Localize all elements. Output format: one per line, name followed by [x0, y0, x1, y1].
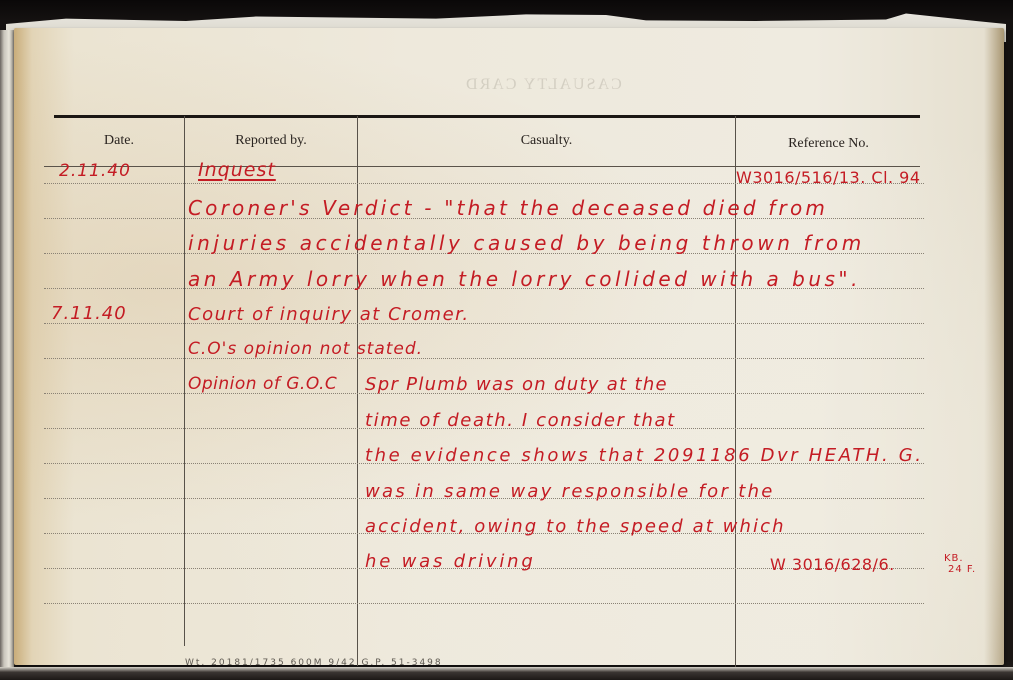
ruled-line: [44, 323, 924, 324]
ruled-line: [44, 603, 924, 604]
handwritten-line: the evidence shows that 2091186 Dvr HEAT…: [365, 445, 924, 466]
casualty-card: CASUALTY CARD Date. Reported by. Casualt…: [14, 28, 1004, 665]
column-header-date: Date.: [54, 133, 184, 149]
handwritten-line: accident, owing to the speed at which: [365, 516, 786, 537]
gov-opinion-label: Opinion of G.O.C: [188, 374, 337, 394]
entry-date: 7.11.40: [51, 303, 127, 324]
handwritten-line: he was driving: [365, 551, 536, 572]
card-stack-edge: [0, 30, 14, 670]
inquest-heading: Inquest: [198, 159, 276, 181]
date-annotation: 24 F.: [948, 565, 976, 575]
handwritten-line: Spr Plumb was on duty at the: [365, 374, 668, 395]
handwritten-line: time of death. I consider that: [365, 410, 676, 431]
scan-bottom-edge: [0, 667, 1013, 680]
show-through-title: CASUALTY CARD: [464, 76, 622, 94]
column-divider: [184, 116, 185, 646]
handwritten-line: Court of inquiry at Cromer.: [188, 304, 470, 325]
ruled-line: [44, 358, 924, 359]
initials-annotation: KB.: [944, 554, 964, 564]
column-header-reference-no: Reference No.: [736, 136, 921, 152]
handwritten-line: was in same way responsible for the: [365, 481, 775, 502]
handwritten-line: Coroner's Verdict - "that the deceased d…: [188, 196, 828, 220]
handwritten-line: an Army lorry when the lorry collided wi…: [188, 267, 861, 291]
handwritten-line: C.O's opinion not stated.: [188, 339, 423, 359]
header-rule: [44, 166, 920, 167]
column-header-casualty: Casualty.: [358, 133, 735, 149]
entry-date: 2.11.40: [59, 161, 131, 181]
reference-number: W 3016/628/6.: [770, 555, 895, 574]
column-header-reported-by: Reported by.: [185, 133, 357, 149]
handwritten-line: injuries accidentally caused by being th…: [188, 231, 865, 255]
reference-number: W3016/516/13. Cl. 94: [736, 168, 921, 187]
